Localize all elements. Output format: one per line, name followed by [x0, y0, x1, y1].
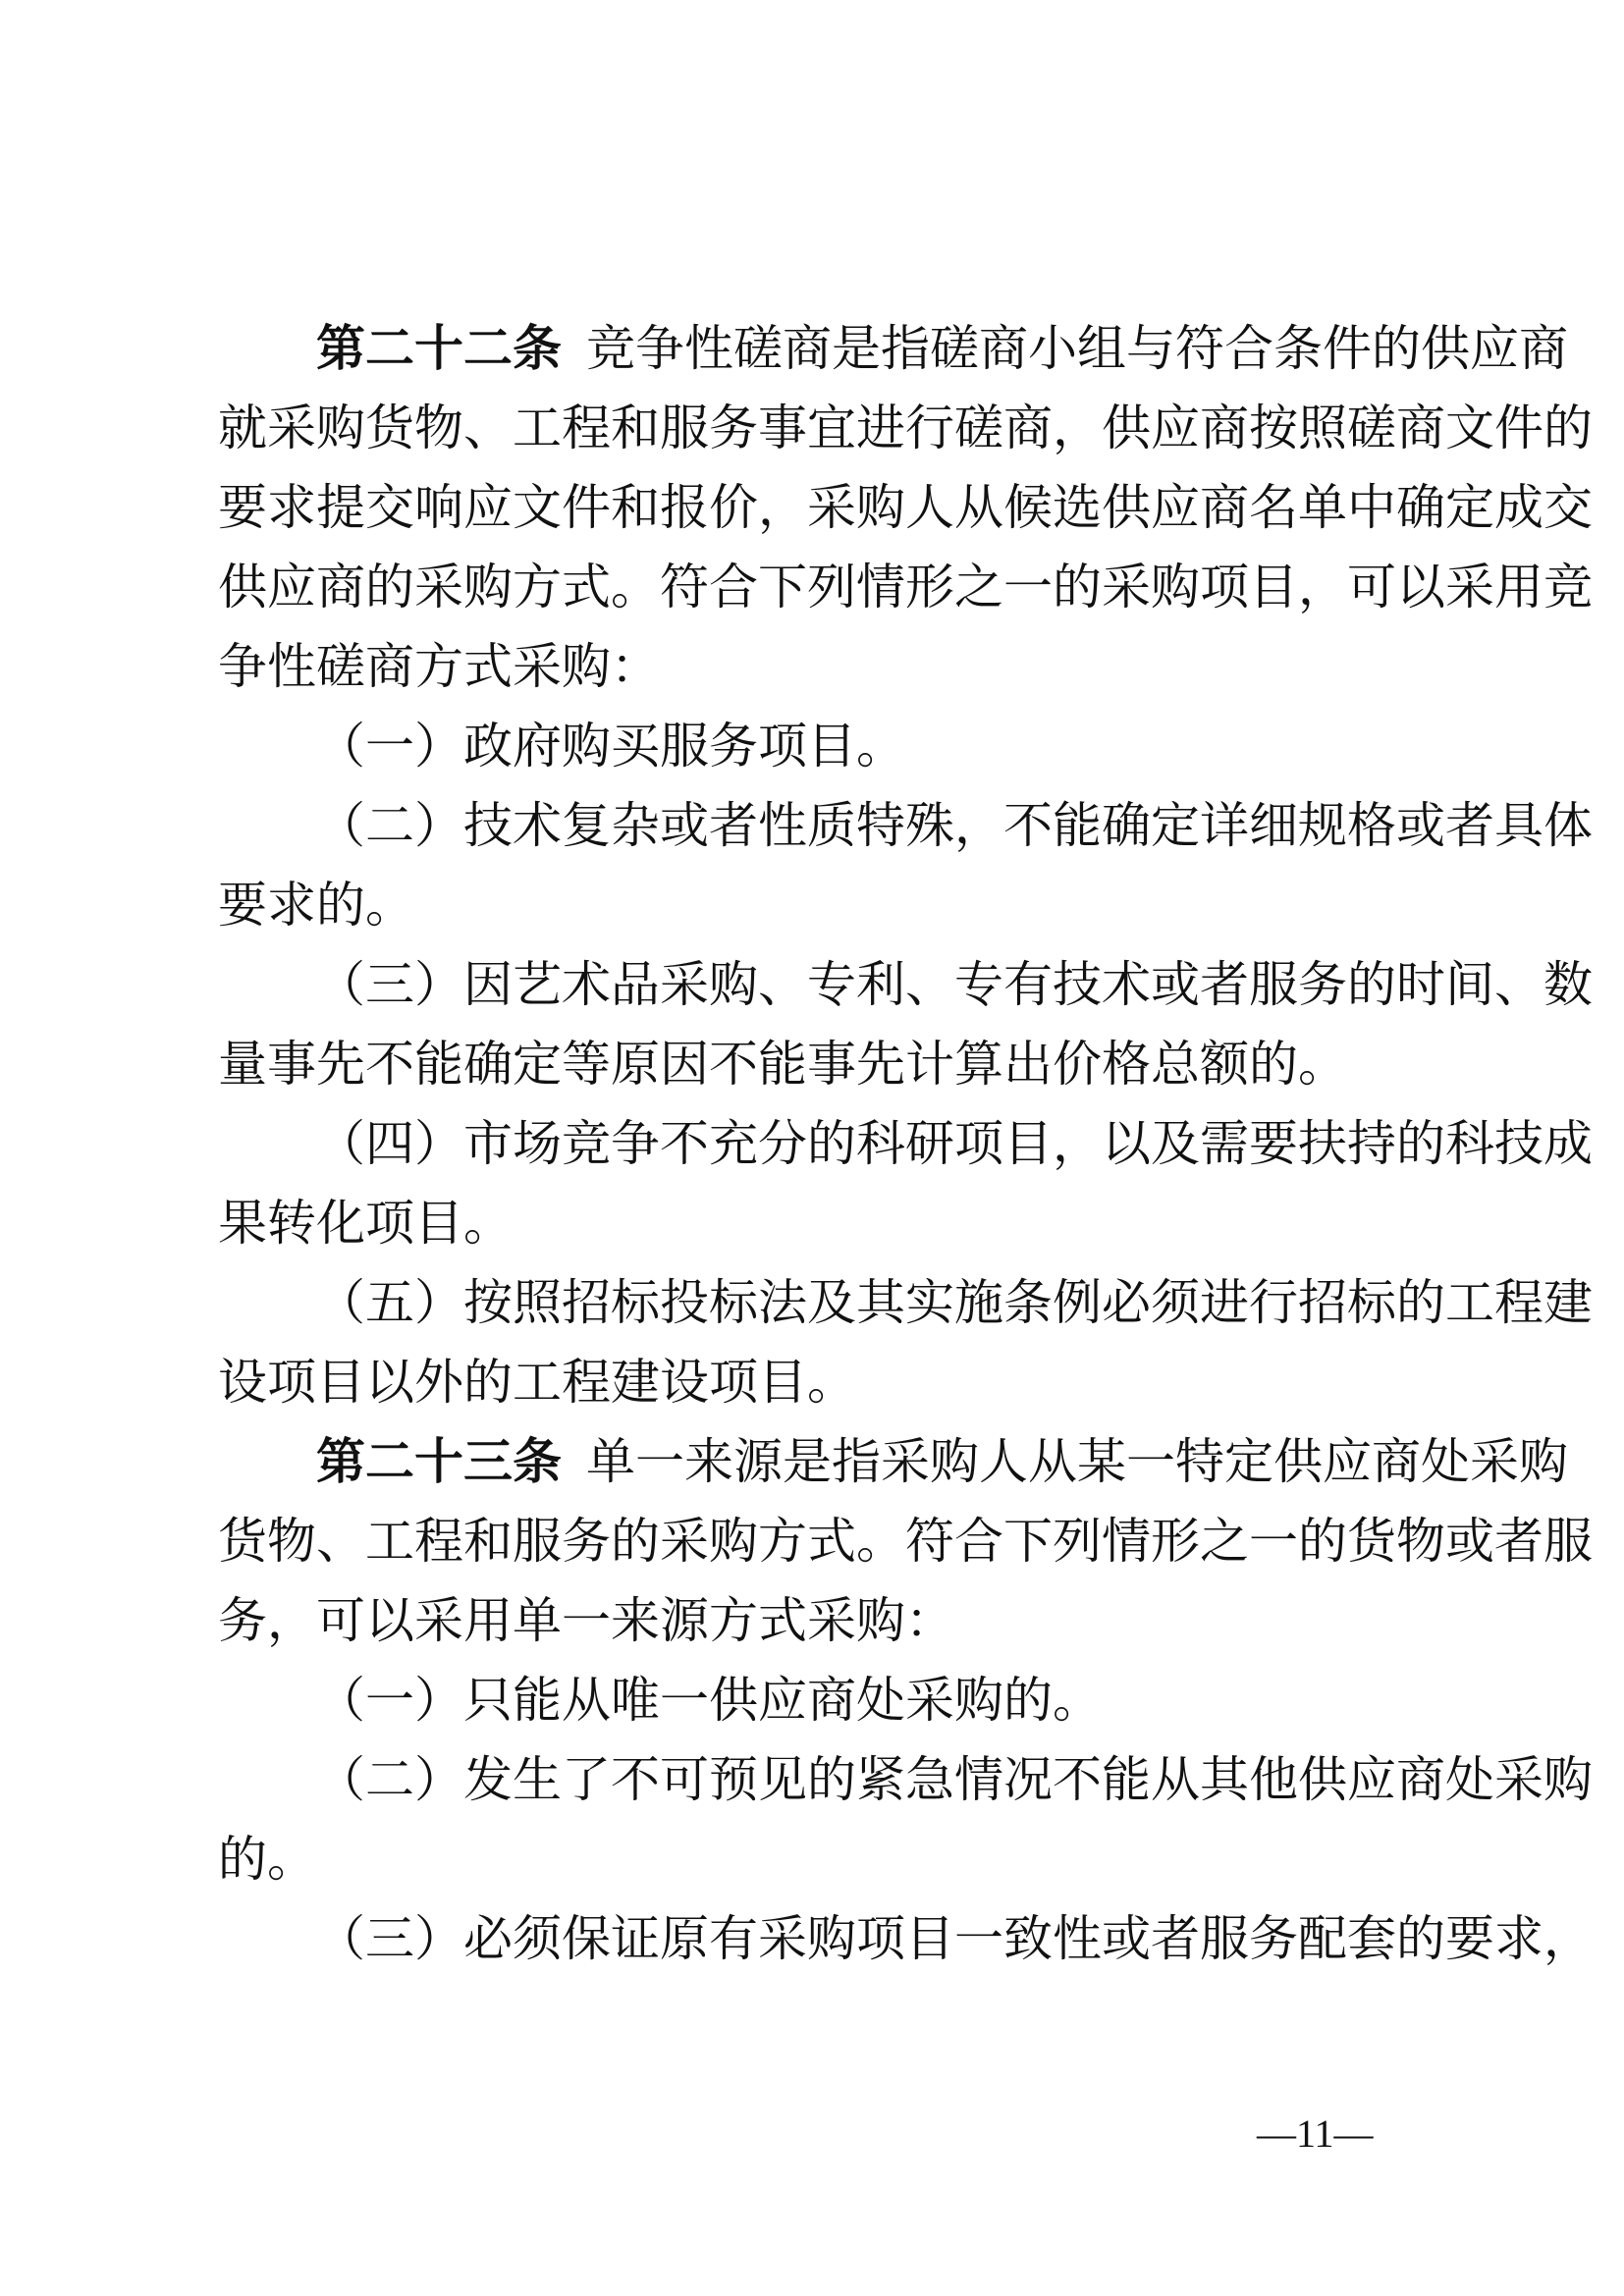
- article-23-line-3: 务，可以采用单一来源方式采购：: [218, 1590, 1428, 1651]
- article-22-item-1: （一）政府购买服务项目。: [316, 716, 1428, 776]
- article-22-item-5-line-2: 设项目以外的工程建设项目。: [218, 1352, 1428, 1413]
- article-23-item-3-line-1: （三）必须保证原有采购项目一致性或者服务配套的要求，: [316, 1908, 1428, 1969]
- article-22-line-4: 供应商的采购方式。符合下列情形之一的采购项目，可以采用竞: [218, 557, 1428, 617]
- article-23-title: 第二十三条: [316, 1433, 562, 1490]
- article-22-line-1: 第二十二条 竞争性磋商是指磋商小组与符合条件的供应商: [316, 318, 1428, 379]
- document-page: 第二十二条 竞争性磋商是指磋商小组与符合条件的供应商 就采购货物、工程和服务事宜…: [0, 0, 1624, 2296]
- article-22-line-2: 就采购货物、工程和服务事宜进行磋商，供应商按照磋商文件的: [218, 398, 1428, 458]
- article-22-item-4-line-2: 果转化项目。: [218, 1193, 1428, 1254]
- page-number: —11—: [1257, 2110, 1374, 2157]
- article-22-item-3-line-2: 量事先不能确定等原因不能事先计算出价格总额的。: [218, 1034, 1428, 1095]
- article-22-line-5: 争性磋商方式采购：: [218, 636, 1428, 697]
- article-22-item-4-line-1: （四）市场竞争不充分的科研项目，以及需要扶持的科技成: [316, 1113, 1428, 1174]
- article-23-item-2-line-1: （二）发生了不可预见的紧急情况不能从其他供应商处采购: [316, 1749, 1428, 1810]
- article-23-line-2: 货物、工程和服务的采购方式。符合下列情形之一的货物或者服: [218, 1511, 1428, 1572]
- article-22-text: 竞争性磋商是指磋商小组与符合条件的供应商: [586, 320, 1568, 377]
- article-22-item-3-line-1: （三）因艺术品采购、专利、专有技术或者服务的时间、数: [316, 954, 1428, 1015]
- article-22-item-2-line-2: 要求的。: [218, 875, 1428, 935]
- article-23-text: 单一来源是指采购人从某一特定供应商处采购: [586, 1433, 1568, 1490]
- article-22-title: 第二十二条: [316, 320, 562, 377]
- article-22-line-3: 要求提交响应文件和报价，采购人从候选供应商名单中确定成交: [218, 477, 1428, 538]
- article-23-line-1: 第二十三条 单一来源是指采购人从某一特定供应商处采购: [316, 1431, 1428, 1492]
- article-23-item-1: （一）只能从唯一供应商处采购的。: [316, 1670, 1428, 1731]
- article-22-item-2-line-1: （二）技术复杂或者性质特殊，不能确定详细规格或者具体: [316, 795, 1428, 856]
- article-23-item-2-line-2: 的。: [218, 1829, 1428, 1890]
- article-22-item-5-line-1: （五）按照招标投标法及其实施条例必须进行招标的工程建: [316, 1272, 1428, 1333]
